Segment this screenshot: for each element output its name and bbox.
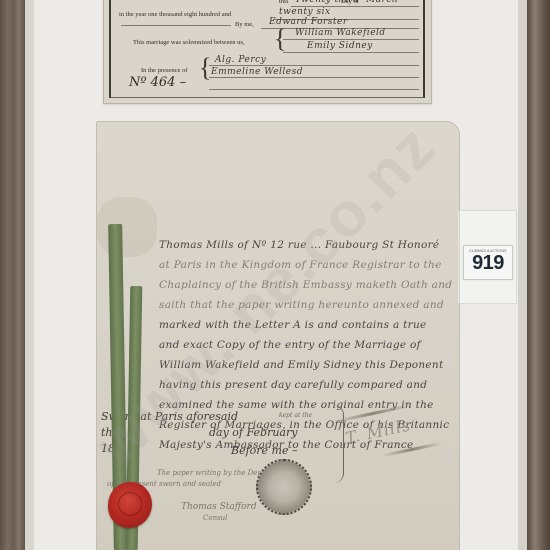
deposition-line: and exact Copy of the entry of the Marri… — [159, 339, 421, 351]
cert-solemnized-label: This marriage was solemnized between us, — [133, 39, 245, 46]
jurat-brace — [333, 405, 344, 483]
cert-party2-hw: Emily Sidney — [307, 41, 373, 51]
embossed-stamp-seal — [256, 459, 312, 515]
clerk-signature: Thomas Stafford — [181, 502, 257, 512]
cert-number: Nº 464 – — [129, 75, 186, 90]
deposition-line: Thomas Mills of Nº 12 rue ... Faubourg S… — [159, 239, 439, 251]
deposition-line: at Paris in the Kingdom of France Regist… — [159, 259, 442, 271]
marriage-certificate: this Twenty third Day of March in the ye… — [103, 0, 432, 104]
deposition-line: saith that the paper writing hereunto an… — [159, 299, 444, 311]
certificate-border: this Twenty third Day of March in the ye… — [109, 0, 425, 98]
frame-left-edge — [0, 0, 25, 550]
cert-witness2-hw: Emmeline Wellesd — [211, 67, 303, 77]
clerk-title: Consul — [203, 514, 227, 522]
frame-inner-right — [518, 0, 527, 550]
lot-tag: CUMMAS AUCTIONS 919 — [463, 245, 513, 280]
deposition-line: marked with the Letter A is and contains… — [159, 319, 427, 331]
water-stain — [97, 197, 157, 257]
cert-party1-hw: William Wakefield — [295, 28, 386, 38]
frame-right-edge — [527, 0, 550, 550]
frame-inner-left — [25, 0, 34, 550]
jurat-day: day of February — [209, 426, 297, 439]
jurat-before-me: Before me – — [231, 444, 298, 457]
cert-dayof-label: Day of — [341, 0, 359, 5]
deposition-line: William Wakefield and Emily Sidney this … — [159, 359, 444, 371]
cert-witness1-hw: Alg. Percy — [215, 55, 266, 65]
deposition-line: having this present day carefully compar… — [159, 379, 427, 391]
lot-number: 919 — [464, 253, 512, 273]
cert-year-label: in the year one thousand eight hundred a… — [119, 11, 231, 18]
cert-presence-label: In the presence of — [141, 67, 187, 74]
deposition-line: Chaplaincy of the British Embassy maketh… — [159, 279, 452, 291]
cert-year-hw: twenty six — [279, 7, 331, 17]
cert-this-label: this — [279, 0, 288, 5]
cert-month-hw: March — [366, 0, 398, 5]
interlineation: kept at the — [279, 412, 312, 419]
cert-byme-label: By me, — [235, 21, 254, 28]
